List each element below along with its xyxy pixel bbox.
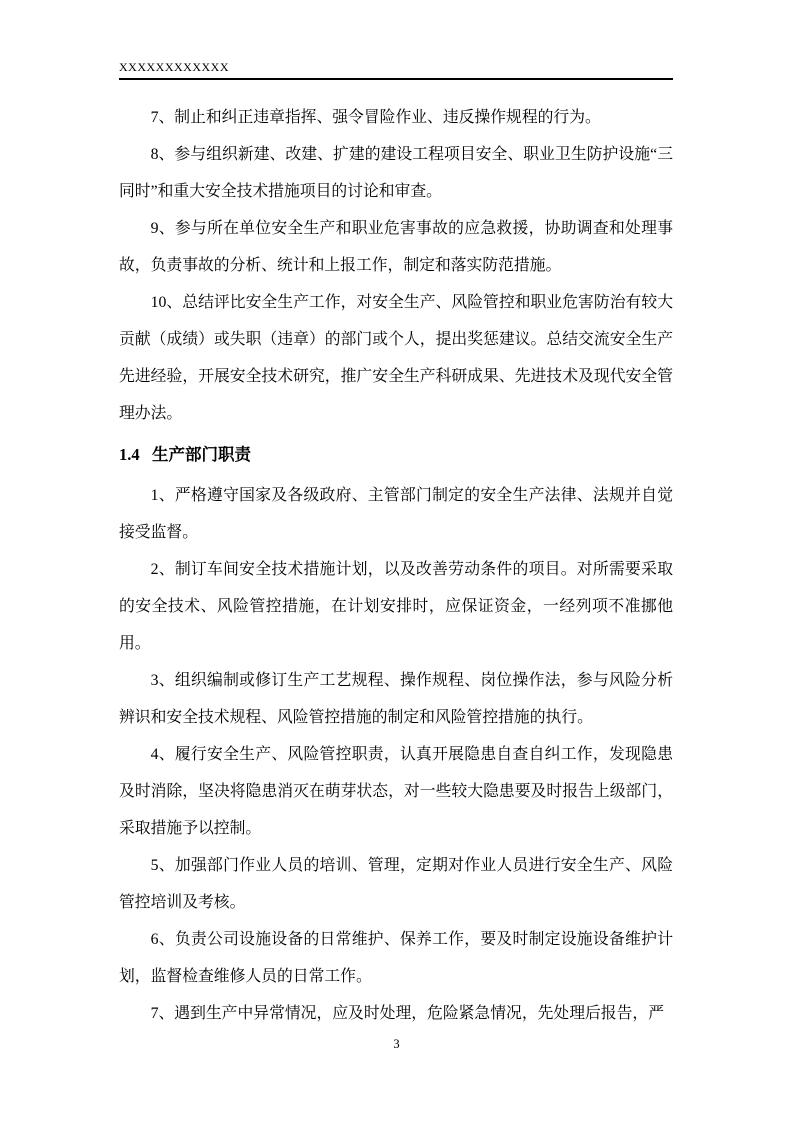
header-title: XXXXXXXXXXXX [119,60,673,78]
item-2: 2、制订车间安全技术措施计划，以及改善劳动条件的项目。对所需要采取的安全技术、风… [119,551,673,662]
section-heading-title: 生产部门职责 [152,445,251,464]
item-1: 1、严格遵守国家及各级政府、主管部门制定的安全生产法律、法规并自觉接受监督。 [119,477,673,551]
item-4: 4、履行安全生产、风险管控职责，认真开展隐患自查自纠工作，发现隐患及时消除，坚决… [119,736,673,847]
document-page: XXXXXXXXXXXX 7、制止和纠正违章指挥、强令冒险作业、违反操作规程的行… [0,0,793,1122]
paragraph-8: 8、参与组织新建、改建、扩建的建设工程项目安全、职业卫生防护设施“三同时”和重大… [119,136,673,210]
section-heading-number: 1.4 [119,436,140,473]
paragraph-10: 10、总结评比安全生产工作，对安全生产、风险管控和职业危害防治有较大贡献（成绩）… [119,284,673,432]
item-3: 3、组织编制或修订生产工艺规程、操作规程、岗位操作法，参与风险分析辨识和安全技术… [119,662,673,736]
header-rule [119,78,673,80]
item-5: 5、加强部门作业人员的培训、管理，定期对作业人员进行安全生产、风险管控培训及考核… [119,847,673,921]
item-7: 7、遇到生产中异常情况，应及时处理，危险紧急情况，先处理后报告，严 [119,995,673,1032]
section-heading-1-4: 1.4生产部门职责 [119,436,673,473]
page-number: 3 [0,1036,793,1052]
paragraph-9: 9、参与所在单位安全生产和职业危害事故的应急救援，协助调查和处理事故，负责事故的… [119,210,673,284]
page-header: XXXXXXXXXXXX [119,60,673,80]
page-footer: 3 [0,1036,793,1052]
document-body: 7、制止和纠正违章指挥、强令冒险作业、违反操作规程的行为。 8、参与组织新建、改… [119,99,673,1032]
item-6: 6、负责公司设施设备的日常维护、保养工作，要及时制定设施设备维护计划，监督检查维… [119,921,673,995]
paragraph-7: 7、制止和纠正违章指挥、强令冒险作业、违反操作规程的行为。 [119,99,673,136]
